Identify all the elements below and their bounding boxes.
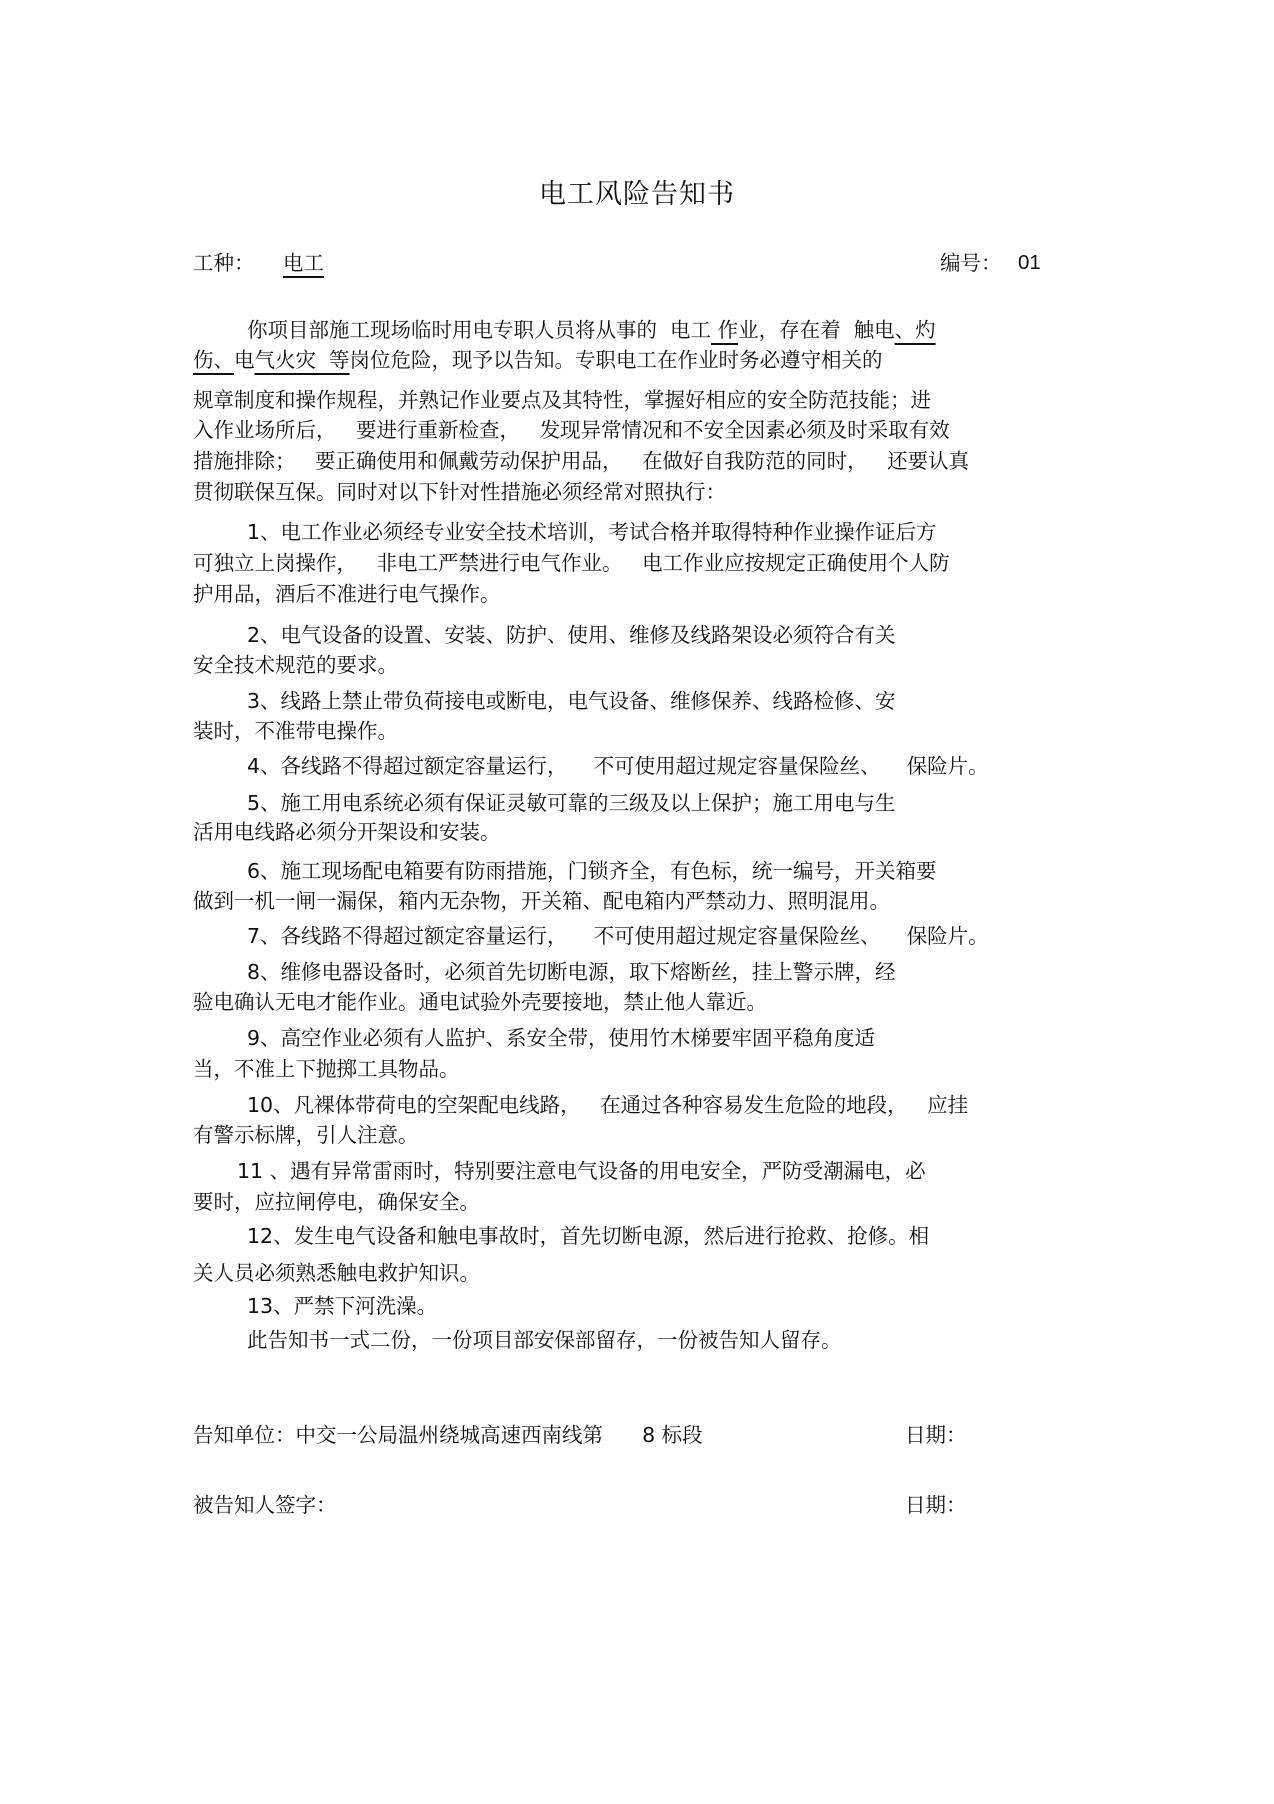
number-label: 编号： — [940, 249, 1002, 277]
item-12-line-2: 关人员必须熟悉触电救护知识。 — [193, 1259, 480, 1287]
document-page: 电工风险告知书 工种： 电工 编号： 01 你项目部施工现场临时用电专职人员将从… — [0, 0, 1274, 1804]
trade-label: 工种： — [193, 249, 255, 277]
intro-text: 业，存在着 触电 — [738, 318, 895, 342]
item-1-line-1: 1、电工作业必须经专业安全技术培训，考试合格并取得特种作业操作证后方 — [247, 518, 937, 546]
item-10-line-2: 有警示标牌，引人注意。 — [193, 1121, 419, 1149]
item-5-line-1: 5、施工用电系统必须有保证灵敏可靠的三级及以上保护；施工用电与生 — [247, 789, 896, 817]
item-8-line-2: 验电确认无电才能作业。通电试验外壳要接地，禁止他人靠近。 — [193, 988, 767, 1016]
signee-signature-label: 被告知人签字： — [193, 1491, 337, 1519]
item-6-line-1: 6、施工现场配电箱要有防雨措施，门锁齐全，有色标，统一编号，开关箱要 — [247, 857, 937, 885]
intro-line-4: 入作业场所后， 要进行重新检查， 发现异常情况和不安全因素必须及时采取有效 — [193, 416, 950, 444]
intro-text: 你项目部施工现场临时用电专职人员将从事的 电工 — [247, 318, 711, 342]
item-1-line-2: 可独立上岗操作， 非电工严禁进行电气作业。 电工作业应按规定正确使用个人防 — [193, 549, 950, 577]
item-13-line-1: 13、严禁下河洗澡。 — [247, 1292, 437, 1320]
intro-text: 岗位危险，现予以告知。专职电工在作业时务必遵守相关的 — [350, 348, 883, 372]
closing-statement: 此告知书一式二份，一份项目部安保部留存，一份被告知人留存。 — [247, 1326, 842, 1354]
intro-underline-fire: 气火灾 等 — [255, 348, 350, 372]
intro-line-5: 措施排除； 要正确使用和佩戴劳动保护用品， 在做好自我防范的同时， 还要认真 — [193, 447, 969, 475]
item-2-line-2: 安全技术规范的要求。 — [193, 651, 398, 679]
intro-underline-injury: 伤、 — [193, 348, 234, 372]
trade-value: 电工 — [283, 249, 324, 277]
item-9-line-2: 当，不准上下抛掷工具物品。 — [193, 1055, 460, 1083]
item-11-line-1: 11 、遇有异常雷雨时，特别要注意电气设备的用电安全，严防受潮漏电，必 — [237, 1157, 926, 1185]
item-9-line-1: 9、高空作业必须有人监护、系安全带，使用竹木梯要牢固平稳角度适 — [247, 1024, 875, 1052]
intro-line-1: 你项目部施工现场临时用电专职人员将从事的 电工 作业，存在着 触电、灼 — [247, 316, 936, 344]
intro-line-3: 规章制度和操作规程，并熟记作业要点及其特性，掌握好相应的安全防范技能；进 — [193, 386, 931, 414]
item-5-line-2: 活用电线路必须分开架设和安装。 — [193, 818, 501, 846]
item-1-line-3: 护用品，酒后不准进行电气操作。 — [193, 580, 501, 608]
intro-line-6: 贯彻联保互保。同时对以下针对性措施必须经常对照执行： — [193, 478, 726, 506]
intro-underline-work: 作 — [711, 318, 738, 342]
item-12-line-1: 12、发生电气设备和触电事故时，首先切断电源，然后进行抢救、抢修。相 — [247, 1222, 929, 1250]
notifier-date-label: 日期： — [905, 1421, 967, 1449]
item-7-line-1: 7、各线路不得超过额定容量运行， 不可使用超过规定容量保险丝、 保险片。 — [247, 922, 989, 950]
intro-line-2: 伤、电气火灾 等岗位危险，现予以告知。专职电工在作业时务必遵守相关的 — [193, 346, 883, 374]
intro-text: 电 — [234, 348, 255, 372]
notifier-unit: 告知单位：中交一公局温州绕城高速西南线第 8 标段 — [193, 1421, 703, 1449]
item-11-line-2: 要时，应拉闸停电，确保安全。 — [193, 1188, 480, 1216]
item-10-line-1: 10、凡裸体带荷电的空架配电线路， 在通过各种容易发生危险的地段， 应挂 — [247, 1091, 968, 1119]
item-4-line-1: 4、各线路不得超过额定容量运行， 不可使用超过规定容量保险丝、 保险片。 — [247, 752, 989, 780]
signee-date-label: 日期： — [905, 1491, 967, 1519]
item-2-line-1: 2、电气设备的设置、安装、防护、使用、维修及线路架设必须符合有关 — [247, 621, 896, 649]
item-8-line-1: 8、维修电器设备时，必须首先切断电源，取下熔断丝，挂上警示牌，经 — [247, 958, 896, 986]
intro-underline-burn: 、灼 — [895, 318, 936, 342]
item-6-line-2: 做到一机一闸一漏保，箱内无杂物，开关箱、配电箱内严禁动力、照明混用。 — [193, 887, 890, 915]
page-title: 电工风险告知书 — [0, 172, 1274, 211]
item-3-line-2: 装时，不准带电操作。 — [193, 717, 398, 745]
item-3-line-1: 3、线路上禁止带负荷接电或断电，电气设备、维修保养、线路检修、安 — [247, 687, 896, 715]
number-value: 01 — [1018, 249, 1041, 277]
